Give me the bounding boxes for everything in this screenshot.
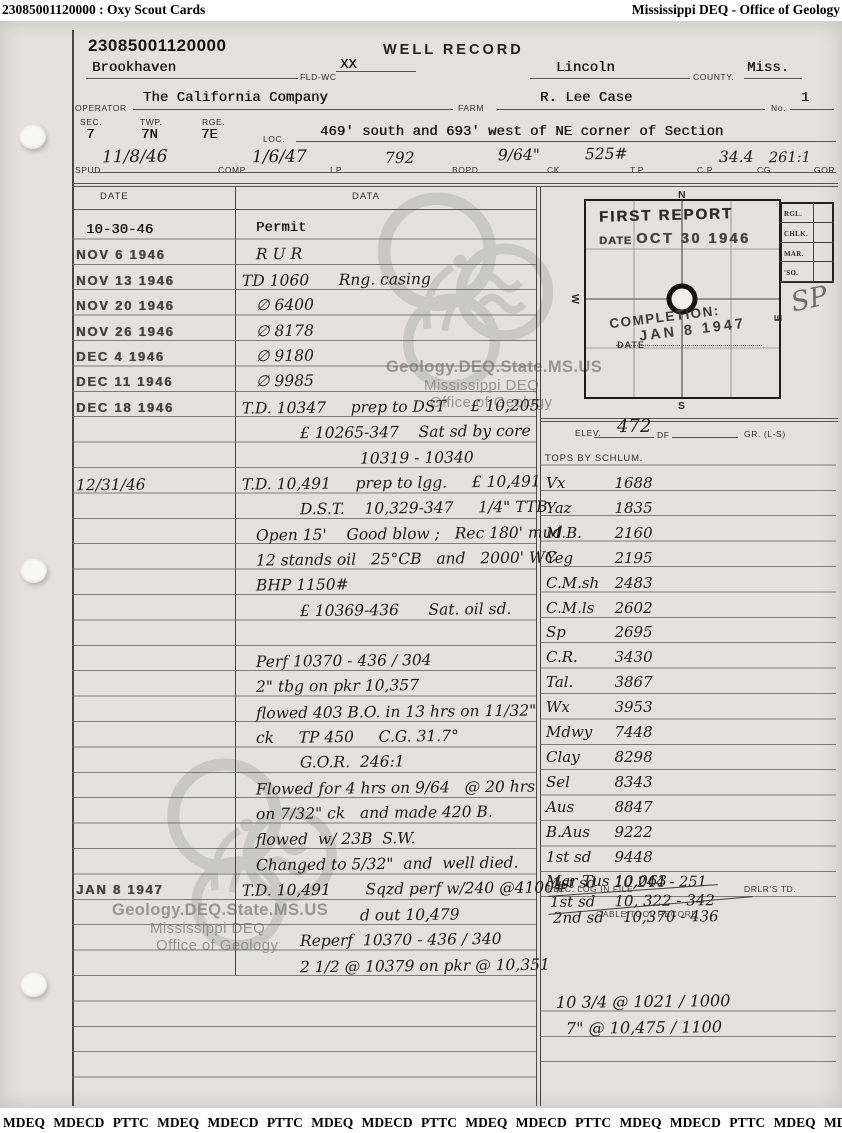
checklist-label: MAR. — [780, 250, 804, 258]
log-row: 2" tbg on pkr 10,357 — [72, 677, 536, 702]
formation-name: Wx — [546, 698, 610, 716]
log-row-text: TD 1060 Rng. casing — [242, 270, 431, 290]
log-row-text: T.D. 10,491 prep to lgg. £ 10,491 — [242, 472, 541, 493]
formation-top-row: M.B. 2160 — [546, 524, 836, 548]
formation-name: Sel — [546, 773, 610, 791]
formation-top-row: 1st sd 9448 — [546, 848, 836, 872]
well-no-value: 1 — [801, 90, 809, 106]
checklist-label: 'SO. — [780, 269, 798, 277]
log-row: £ 10265-347 Sat sd by core — [72, 423, 536, 448]
log-row-text: G.O.R. 246:1 — [300, 753, 405, 772]
elevation-underline — [672, 437, 738, 438]
date-column-header: DATE — [100, 191, 129, 202]
formation-top-row: Sel 8343 — [546, 773, 836, 797]
log-row-text: BHP 1150# — [256, 575, 349, 594]
gor-label: GOR — [814, 165, 835, 175]
log-row: DEC 4 1946 ∅ 9180 — [72, 347, 536, 372]
log-row: on 7/32" ck and made 420 B. — [72, 804, 536, 829]
map-bottom-double-line — [540, 421, 838, 422]
log-row-date: NOV 13 1946 — [76, 273, 175, 288]
map-bottom-double-line — [540, 418, 838, 419]
log-row: Flowed for 4 hrs on 9/64 @ 20 hrs — [72, 779, 536, 804]
table-top-double-line — [72, 183, 838, 184]
tp-label: T.P. — [630, 165, 646, 175]
county-label: COUNTY. — [693, 72, 734, 82]
punch-hole — [19, 124, 46, 149]
log-row-date: DEC 11 1946 — [76, 374, 173, 389]
farm-label: FARM — [458, 103, 484, 113]
first-report-date-label: DATE — [599, 235, 632, 247]
log-row: BHP 1150# — [72, 576, 536, 601]
formation-top-row: Yaz 1835 — [546, 499, 836, 523]
log-row-text: Flowed for 4 hrs on 9/64 @ 20 hrs — [256, 777, 535, 798]
ck-label: CK. — [547, 165, 563, 175]
well-no-label: No. — [771, 103, 786, 113]
state-value: Miss. — [747, 60, 789, 76]
bopd-label: BOPD — [452, 165, 479, 175]
table-header-underline — [72, 209, 536, 210]
log-row-text: 2" tbg on pkr 10,357 — [256, 676, 419, 696]
checklist-row: CHLK. — [780, 223, 834, 243]
checklist-row: 'SO. — [780, 262, 834, 282]
formation-top-row: Mdwy 7448 — [546, 723, 836, 747]
formation-depth: 8343 — [614, 773, 652, 791]
data-column-header: DATA — [352, 191, 380, 202]
township-value: 7N — [141, 127, 158, 143]
log-row: NOV 6 1946 R U R — [72, 245, 536, 270]
formation-depth: 1835 — [614, 499, 652, 517]
log-row: 10-30-46 Permit — [72, 220, 536, 245]
log-row-text: T.D. 10347 prep to DST £ 10,205 — [242, 396, 540, 417]
formation-depth: 1688 — [614, 474, 652, 492]
log-row-date: JAN 8 1947 — [76, 882, 163, 897]
log-row-date: DEC 4 1946 — [76, 349, 165, 364]
log-row-text: Changed to 5/32" and well died. — [256, 854, 519, 875]
field-label: FLD-WC — [300, 72, 337, 82]
page-title: WELL RECORD — [383, 42, 524, 58]
log-row-text: T.D. 10,491 Sqzd perf w/240 @4100# — [242, 879, 567, 900]
scanned-well-record-page: 23085001120000 : Oxy Scout Cards Mississ… — [0, 0, 842, 1133]
formation-top-row: Aus 8847 — [546, 798, 836, 822]
log-row: G.O.R. 246:1 — [72, 753, 536, 778]
formation-top-row: C.M.sh 2483 — [546, 574, 836, 598]
formation-depth: 2695 — [614, 623, 652, 641]
comp-value: 1/6/47 — [252, 147, 307, 168]
drlrs-td-label: DRLR'S TD. — [744, 884, 796, 894]
log-row: £ 10369-436 Sat. oil sd. — [72, 601, 536, 626]
spud-row-underline — [93, 172, 836, 173]
operator-value: The California Company — [143, 90, 328, 106]
formation-top-row: Wx 3953 — [546, 698, 836, 722]
formation-depth: 9222 — [614, 823, 652, 841]
formation-depth: 3430 — [614, 648, 652, 666]
log-row-text: Permit — [256, 220, 306, 236]
log-row-text: R U R — [256, 245, 302, 263]
log-row-date: NOV 20 1946 — [76, 298, 175, 313]
checklist-row: RGL. — [780, 203, 834, 223]
log-row-text: ∅ 9985 — [256, 372, 314, 391]
formation-top-row: Sp 2695 — [546, 623, 836, 647]
formation-top-row: C.M.ls 2602 — [546, 599, 836, 623]
punch-hole — [20, 558, 47, 583]
log-row-text: ∅ 6400 — [256, 296, 314, 315]
formation-depth: 3953 — [614, 698, 652, 716]
log-row-text: 2 1/2 @ 10379 on pkr @ 10,351 — [300, 955, 550, 976]
location-label: LOC. — [263, 134, 285, 144]
formation-name: B.Aus — [546, 823, 610, 841]
log-row-text: 10319 - 10340 — [360, 448, 474, 467]
log-row-date: 10-30-46 — [86, 222, 153, 238]
ip-label: I.P. — [330, 165, 344, 175]
log-row-text: Perf 10370 - 436 / 304 — [256, 651, 432, 671]
formation-depth: 8847 — [614, 798, 652, 816]
township-label: TWP. — [140, 117, 163, 127]
formation-depth: 2195 — [614, 549, 652, 567]
ip-value: 792 — [385, 149, 415, 167]
formation-name: 1st sd — [546, 848, 610, 866]
log-row: NOV 13 1946 TD 1060 Rng. casing — [72, 271, 536, 296]
viewer-footer-text: MDEQ MDECD PTTC MDEQ MDECD PTTC MDEQ MDE… — [3, 1115, 842, 1131]
log-row: NOV 20 1946 ∅ 6400 — [72, 296, 536, 321]
county-underline — [530, 78, 690, 79]
map-west-label: W — [569, 294, 581, 304]
formation-name: C.R. — [546, 648, 610, 666]
log-row: d out 10,479 — [72, 906, 536, 931]
operator-underline — [133, 109, 453, 110]
map-east-label: E — [773, 314, 785, 321]
log-row-text: on 7/32" ck and made 420 B. — [256, 803, 493, 823]
formation-name: Mdwy — [546, 723, 610, 741]
log-row — [72, 626, 536, 651]
log-row-text: £ 10369-436 Sat. oil sd. — [300, 600, 512, 620]
log-row-text: ∅ 9180 — [256, 347, 314, 366]
comp-label: COMP. — [218, 165, 248, 175]
punch-hole — [20, 972, 47, 997]
formation-name: Vx — [546, 474, 610, 492]
log-row-text: D.S.T. 10,329-347 1/4" TTB — [300, 498, 548, 519]
log-row: ck TP 450 C.G. 31.7° — [72, 728, 536, 753]
formation-depth: 7448 — [614, 723, 652, 741]
log-row-text: flowed 403 B.O. in 13 hrs on 11/32" — [256, 701, 536, 722]
field-underline — [86, 78, 298, 79]
log-row: DEC 11 1946 ∅ 9985 — [72, 372, 536, 397]
log-row: flowed w/ 23B S.W. — [72, 830, 536, 855]
section-value: 7 — [86, 127, 94, 143]
log-row: Open 15' Good blow ; Rec 180' mud — [72, 525, 536, 550]
formation-top-row: Tal. 3867 — [546, 673, 836, 697]
formation-depth: 2483 — [614, 574, 652, 592]
log-row: Changed to 5/32" and well died. — [72, 855, 536, 880]
map-north-label: N — [678, 189, 686, 201]
viewer-header-source: Mississippi DEQ - Office of Geology — [632, 2, 840, 18]
operator-label: OPERATOR — [75, 103, 127, 113]
log-row: flowed 403 B.O. in 13 hrs on 11/32" — [72, 703, 536, 728]
log-row: Reperf 10370 - 436 / 340 — [72, 931, 536, 956]
log-row-date: DEC 18 1946 — [76, 400, 174, 415]
sand-pick-note: 1st sd 10,244 - 251 — [552, 874, 707, 892]
elevation-value: 472 — [617, 416, 652, 437]
gravity-value: 34.4 — [719, 148, 754, 166]
formation-depth: 2602 — [614, 599, 652, 617]
formation-name: Yeg — [546, 549, 610, 567]
formation-top-row: Vx 1688 — [546, 474, 836, 498]
log-row-text: 12 stands oil 25°CB and 2000' WC — [256, 549, 557, 570]
choke-value: 9/64" — [498, 146, 540, 164]
log-row-text: Open 15' Good blow ; Rec 180' mud — [256, 523, 563, 544]
formation-name: C.M.ls — [546, 599, 610, 617]
tp-value: 525# — [585, 145, 628, 163]
api-number: 23085001120000 — [88, 36, 226, 56]
casing-note: 7" @ 10,475 / 1100 — [566, 1017, 722, 1038]
elevation-datum-label: DF — [657, 430, 670, 440]
spud-label: SPUD — [75, 165, 101, 175]
checklist-row: MAR. — [780, 243, 834, 263]
formation-top-row: B.Aus 9222 — [546, 823, 836, 847]
elevation-underline — [594, 437, 654, 438]
formation-depth: 9448 — [614, 848, 652, 866]
log-row: Perf 10370 - 436 / 304 — [72, 652, 536, 677]
location-underline — [296, 141, 836, 142]
log-row-text: ck TP 450 C.G. 31.7° — [256, 727, 459, 747]
formation-name: Aus — [546, 798, 610, 816]
formation-top-row: Yeg 2195 — [546, 549, 836, 573]
log-row: D.S.T. 10,329-347 1/4" TTB — [72, 499, 536, 524]
casing-note: 10 3/4 @ 1021 / 1000 — [556, 991, 731, 1012]
county-value: Lincoln — [556, 60, 615, 76]
log-row-text: d out 10,479 — [360, 905, 460, 924]
formation-depth: 3867 — [614, 673, 652, 691]
viewer-header-bar: 23085001120000 : Oxy Scout Cards Mississ… — [0, 0, 842, 21]
log-row-text: flowed w/ 23B S.W. — [256, 829, 416, 849]
log-row: 10319 - 10340 — [72, 449, 536, 474]
field-name-value: Brookhaven — [92, 60, 176, 76]
log-row: DEC 18 1946 T.D. 10347 prep to DST £ 10,… — [72, 398, 536, 423]
formation-depth: 2160 — [614, 524, 652, 542]
log-row: 12/31/46 T.D. 10,491 prep to lgg. £ 10,4… — [72, 474, 536, 499]
ground-level-label: GR. (L-S) — [744, 429, 786, 439]
section-label: SEC. — [80, 117, 102, 127]
range-label: RGE. — [202, 117, 225, 127]
formation-name: M.B. — [546, 524, 610, 542]
viewer-header-title: 23085001120000 : Oxy Scout Cards — [2, 2, 205, 18]
log-row-text: Reperf 10370 - 436 / 340 — [300, 930, 502, 950]
log-row: JAN 8 1947 T.D. 10,491 Sqzd perf w/240 @… — [72, 880, 536, 905]
log-row-text: ∅ 8178 — [256, 321, 314, 340]
log-row-text: £ 10265-347 Sat sd by core — [300, 422, 531, 442]
log-row-date: NOV 6 1946 — [76, 247, 166, 262]
location-value: 469' south and 693' west of NE corner of… — [320, 124, 723, 140]
first-report-date-stamp: OCT 30 1946 — [636, 231, 751, 247]
formation-name: Yaz — [546, 499, 610, 517]
log-row-date: NOV 26 1946 — [76, 324, 175, 339]
tops-header: TOPS BY SCHLUM. — [545, 453, 643, 464]
log-row: 12 stands oil 25°CB and 2000' WC — [72, 550, 536, 575]
completion-date-label: DATE — [617, 340, 645, 350]
well-no-underline — [790, 109, 834, 110]
log-row: 2 1/2 @ 10379 on pkr @ 10,351 — [72, 957, 536, 982]
formation-depth: 8298 — [614, 748, 652, 766]
farm-underline — [497, 109, 765, 110]
formation-top-row: C.R. 3430 — [546, 648, 836, 672]
formation-name: Tal. — [546, 673, 610, 691]
viewer-footer-bar: MDEQ MDECD PTTC MDEQ MDECD PTTC MDEQ MDE… — [0, 1108, 842, 1133]
cp-label: C.P. — [697, 165, 715, 175]
farm-value: R. Lee Case — [540, 90, 632, 106]
formation-name: Clay — [546, 748, 610, 766]
log-row: NOV 26 1946 ∅ 8178 — [72, 322, 536, 347]
checklist-label: CHLK. — [780, 230, 808, 238]
state-underline — [744, 78, 802, 79]
spud-value: 11/8/46 — [102, 147, 168, 168]
cg-label: CG — [757, 165, 771, 175]
log-row-date: 12/31/46 — [76, 476, 146, 495]
first-report-stamp: FIRST REPORT — [599, 205, 733, 226]
range-value: 7E — [201, 127, 218, 143]
formation-name: C.M.sh — [546, 574, 610, 592]
field-underline — [336, 71, 416, 72]
gor-value: 261:1 — [769, 150, 811, 166]
formation-top-row: Clay 8298 — [546, 748, 836, 772]
formation-name: Sp — [546, 623, 610, 641]
checklist-label: RGL. — [780, 210, 802, 218]
sand-pick-note: 2nd sd 10,370 - 436 — [553, 907, 719, 927]
map-south-label: S — [678, 400, 685, 412]
